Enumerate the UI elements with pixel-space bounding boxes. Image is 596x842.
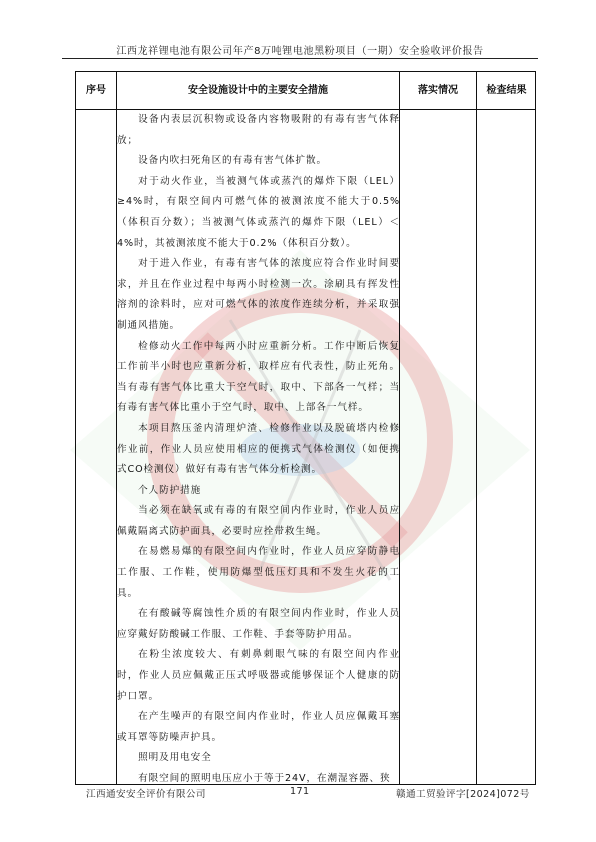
measure-paragraph: 检修动火工作中每两小时应重新分析。工作中断后恢复工作前半小时也应重新分析，取样应… (117, 337, 400, 419)
measure-paragraph: 当必须在缺氧或有毒的有限空间内作业时，作业人员应佩戴隔离式防护面具，必要时应拴带… (117, 501, 400, 542)
measure-paragraph: 本项目熬压釜内清理炉渣、检修作业以及脱硫塔内检修作业前，作业人员应使用相应的便携… (117, 419, 400, 481)
safety-measures-table: 序号 安全设施设计中的主要安全措施 落实情况 检查结果 设备内表层沉积物或设备内… (75, 71, 536, 785)
section-heading-lighting-electrical: 照明及用电安全 (117, 748, 400, 769)
column-header-result: 检查结果 (477, 72, 536, 109)
report-header-title: 江西龙祥锂电池有限公司年产8万吨锂电池黑粉项目（一期）安全验收评价报告 (60, 42, 540, 57)
column-header-measures: 安全设施设计中的主要安全措施 (117, 72, 399, 109)
section-heading-personal-protection: 个人防护措施 (117, 481, 400, 502)
measure-paragraph: 在易燃易爆的有限空间内作业时，作业人员应穿防静电工作服、工作鞋，使用防爆型低压灯… (117, 542, 400, 604)
column-header-seq: 序号 (76, 72, 116, 109)
footer-document-number: 赣通工贸验评字[2024]072号 (396, 786, 530, 800)
measures-cell: 设备内表层沉积物或设备内容物吸附的有毒有害气体释放； 设备内吹扫死角区的有毒有害… (117, 110, 400, 790)
measure-paragraph: 对于进入作业，有毒有害气体的浓度应符合作业时间要求，并且在作业过程中每两小时检测… (117, 254, 400, 336)
header-divider (62, 58, 538, 59)
measure-paragraph: 对于动火作业，当被测气体或蒸汽的爆炸下限（LEL）≥4%时，有限空间内可燃气体的… (117, 172, 400, 254)
measure-paragraph: 在有酸碱等腐蚀性介质的有限空间内作业时，作业人员应穿戴好防酸碱工作服、工作鞋、手… (117, 604, 400, 645)
measure-paragraph: 在粉尘浓度较大、有刺鼻刺眼气味的有限空间内作业时，作业人员应佩戴正压式呼吸器或能… (117, 645, 400, 707)
column-divider (476, 72, 477, 784)
measure-paragraph: 设备内吹扫死角区的有毒有害气体扩散。 (117, 151, 400, 172)
measure-paragraph: 有限空间的照明电压应小于等于24V，在潮湿容器、狭 (117, 769, 400, 790)
measure-paragraph: 在产生噪声的有限空间内作业时，作业人员应佩戴耳塞或耳罩等防噪声护具。 (117, 707, 400, 748)
column-header-implementation: 落实情况 (400, 72, 476, 109)
table-header-row: 序号 安全设施设计中的主要安全措施 落实情况 检查结果 (76, 72, 535, 110)
measure-paragraph: 设备内表层沉积物或设备内容物吸附的有毒有害气体释放； (117, 110, 400, 151)
